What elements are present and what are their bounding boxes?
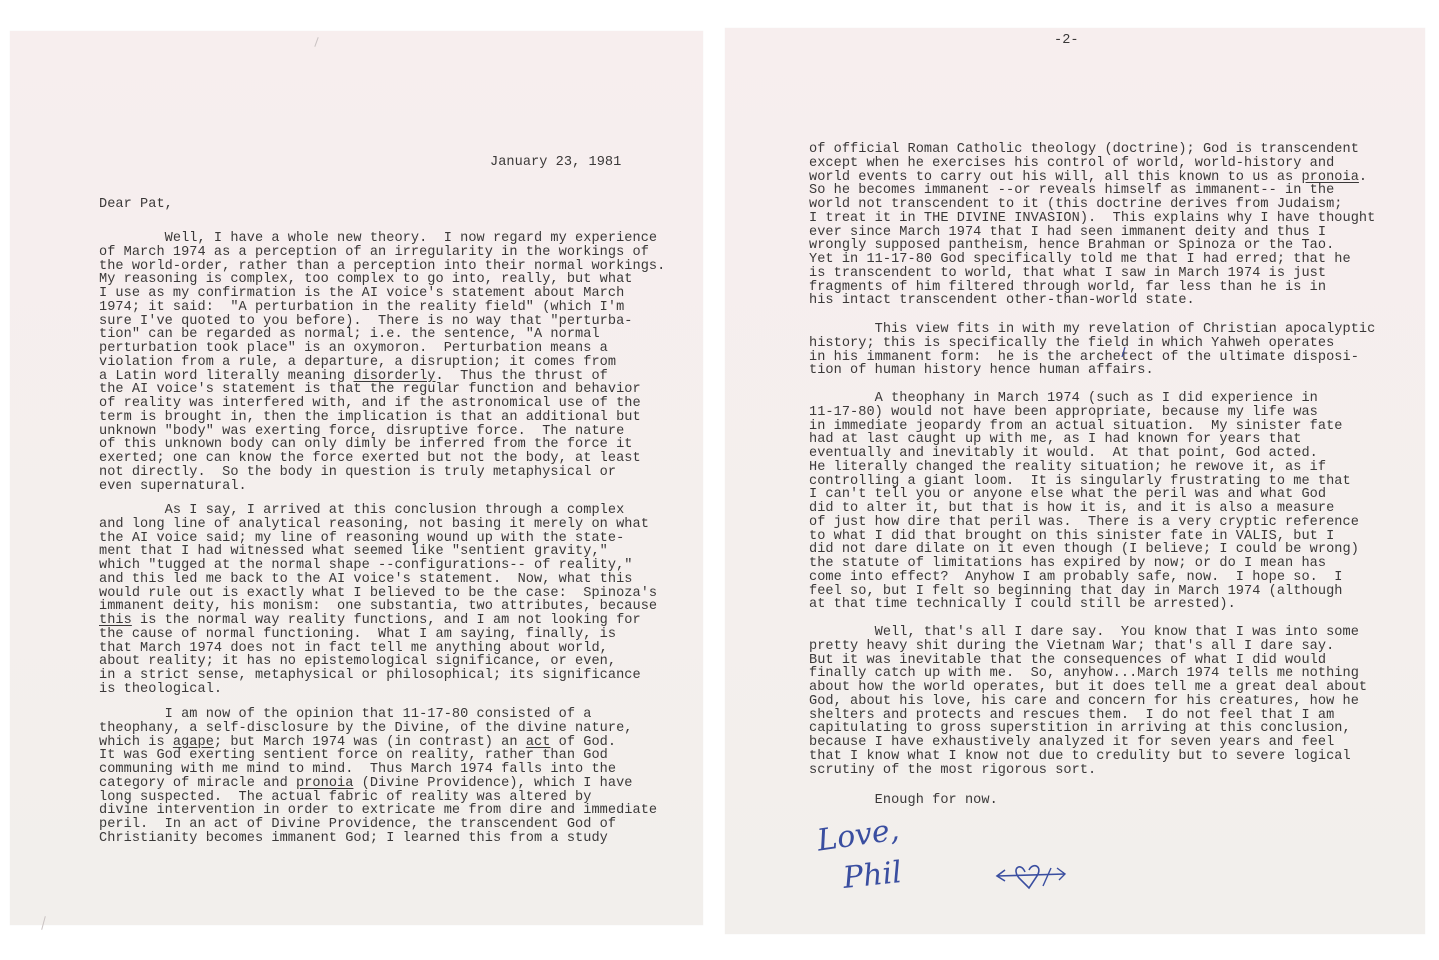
- text-line: scrutiny of the most rigorous sort.: [809, 764, 1367, 778]
- text-line: perturbation took place" is an oxymoron.…: [99, 342, 665, 356]
- ink-correction-mark: [1120, 346, 1128, 358]
- text-line: of just how dire that peril was. There i…: [809, 516, 1359, 530]
- text-line: He literally changed the reality situati…: [809, 461, 1359, 475]
- paragraph-block: This view fits in with my revelation of …: [809, 323, 1375, 378]
- paragraph-block: A theophany in March 1974 (such as I did…: [809, 392, 1359, 612]
- text-line: capitulating to gross superstition in ar…: [809, 722, 1367, 736]
- text-line: his intact transcendent other-than-world…: [809, 294, 1375, 308]
- text-line: immanent deity, his monism: one substant…: [99, 600, 657, 614]
- text-line: is theological.: [99, 683, 657, 697]
- text-line: come into effect? Anyhow I am probably s…: [809, 571, 1359, 585]
- text-line: of March 1974 as a perception of an irre…: [99, 246, 665, 260]
- text-line: 11-17-80) would not have been appropriat…: [809, 406, 1359, 420]
- text-line: world not transcendent to it (this doctr…: [809, 198, 1375, 212]
- text-line: ever since March 1974 that I had seen im…: [809, 226, 1375, 240]
- text-line: As I say, I arrived at this conclusion t…: [99, 504, 657, 518]
- text-line: and long line of analytical reasoning, n…: [99, 518, 657, 532]
- letter-page-2: -2- of official Roman Catholic theology …: [725, 28, 1425, 934]
- text-line: in his immanent form: he is the archetec…: [809, 351, 1375, 365]
- text-line: about reality; it has no epistemological…: [99, 655, 657, 669]
- text-line: A theophany in March 1974 (such as I did…: [809, 392, 1359, 406]
- text-line: that I know what I know not due to credu…: [809, 750, 1367, 764]
- text-line: controlling a giant loom. It is singular…: [809, 475, 1359, 489]
- text-line: ment that I had witnessed what seemed li…: [99, 545, 657, 559]
- text-line: Well, I have a whole new theory. I now r…: [99, 232, 665, 246]
- text-line: had at last caught up with me, as I had …: [809, 433, 1359, 447]
- text-line: long suspected. The actual fabric of rea…: [99, 791, 657, 805]
- text-line: tion of human history hence human affair…: [809, 364, 1375, 378]
- text-line: feel so, but I felt so beginning that da…: [809, 585, 1359, 599]
- underlined-word: pronoia: [1301, 170, 1358, 185]
- text-line: which "tugged at the normal shape --conf…: [99, 559, 657, 573]
- text-line: pretty heavy shit during the Vietnam War…: [809, 640, 1367, 654]
- text-line: which is agape; but March 1974 was (in c…: [99, 736, 657, 750]
- paragraph-block: Enough for now.: [809, 794, 998, 808]
- text-line: I am now of the opinion that 11-17-80 co…: [99, 708, 657, 722]
- text-line: this is the normal way reality functions…: [99, 614, 657, 628]
- text-line: even supernatural.: [99, 480, 665, 494]
- text-line: of this unknown body can only dimly be i…: [99, 438, 665, 452]
- text-line: to what I did that brought on this sinis…: [809, 530, 1359, 544]
- underlined-word: pronoia: [296, 776, 353, 791]
- text-line: divine intervention in order to extricat…: [99, 804, 657, 818]
- text-line: communing with me mind to mind. Thus Mar…: [99, 763, 657, 777]
- text-line: unknown "body" was exerting force, disru…: [99, 425, 665, 439]
- text-line: shelters and protects and rescues them. …: [809, 709, 1367, 723]
- text-line: Yet in 11-17-80 God specifically told me…: [809, 253, 1375, 267]
- salutation: Dear Pat,: [99, 198, 173, 212]
- text-line: history; this is specifically the field …: [809, 337, 1375, 351]
- text-line: Enough for now.: [809, 794, 998, 808]
- underlined-word: act: [526, 735, 551, 750]
- signature-name: Phil: [841, 855, 903, 896]
- text-line: I treat it in THE DIVINE INVASION). This…: [809, 212, 1375, 226]
- text-line: exerted; one can know the force exerted …: [99, 452, 665, 466]
- text-line: I use as my confirmation is the AI voice…: [99, 287, 665, 301]
- text-line: wrongly supposed pantheism, hence Brahma…: [809, 239, 1375, 253]
- text-line: that March 1974 does not in fact tell me…: [99, 642, 657, 656]
- text-line: eventually and inevitably it would. At t…: [809, 447, 1359, 461]
- text-line: finally catch up with me. So, anyhow...M…: [809, 667, 1367, 681]
- text-line: of official Roman Catholic theology (doc…: [809, 143, 1375, 157]
- text-line: the world-order, rather than a perceptio…: [99, 260, 665, 274]
- text-line: is transcendent to world, that what I sa…: [809, 267, 1375, 281]
- underlined-word: this: [99, 613, 132, 628]
- signature-closing: Love,: [815, 812, 901, 858]
- text-line: But it was inevitable that the consequen…: [809, 654, 1367, 668]
- text-line: did not dare dilate on it even though (I…: [809, 543, 1359, 557]
- text-line: fragments of him filtered through world,…: [809, 281, 1375, 295]
- text-line: category of miracle and pronoia (Divine …: [99, 777, 657, 791]
- paragraph-block: As I say, I arrived at this conclusion t…: [99, 504, 657, 697]
- letter-page-1: January 23, 1981 Dear Pat, Well, I have …: [10, 31, 703, 925]
- text-line: 1974; it said: "A perturbation in the re…: [99, 301, 665, 315]
- paragraph-block: Well, I have a whole new theory. I now r…: [99, 232, 665, 493]
- text-line: about how the world operates, but it doe…: [809, 681, 1367, 695]
- underlined-word: agape: [173, 735, 214, 750]
- text-line: except when he exercises his control of …: [809, 157, 1375, 171]
- text-line: would rule out is exactly what I believe…: [99, 587, 657, 601]
- paragraph-block: I am now of the opinion that 11-17-80 co…: [99, 708, 657, 846]
- heart-arrow-doodle-icon: [995, 858, 1075, 898]
- text-line: I can't tell you or anyone else what the…: [809, 488, 1359, 502]
- text-line: My reasoning is complex, too complex to …: [99, 273, 665, 287]
- text-line: peril. In an act of Divine Providence, t…: [99, 818, 657, 832]
- text-line: Well, that's all I dare say. You know th…: [809, 626, 1367, 640]
- text-line: It was God exerting sentient force on re…: [99, 749, 657, 763]
- text-line: So he becomes immanent --or reveals hims…: [809, 184, 1375, 198]
- text-line: because I have exhaustively analyzed it …: [809, 736, 1367, 750]
- text-line: the statute of limitations has expired b…: [809, 557, 1359, 571]
- underlined-word: disorderly: [353, 369, 435, 384]
- text-line: Christianity becomes immanent God; I lea…: [99, 832, 657, 846]
- text-line: in a strict sense, metaphysical or philo…: [99, 669, 657, 683]
- text-line: the AI voice's statement is that the reg…: [99, 383, 665, 397]
- text-line: sure I've quoted to you before). There i…: [99, 315, 665, 329]
- page-number: -2-: [1054, 34, 1079, 48]
- text-line: violation from a rule, a departure, a di…: [99, 356, 665, 370]
- text-line: tion" can be regarded as normal; i.e. th…: [99, 328, 665, 342]
- text-line: theophany, a self-disclosure by the Divi…: [99, 722, 657, 736]
- text-line: of reality was interfered with, and if t…: [99, 397, 665, 411]
- text-line: This view fits in with my revelation of …: [809, 323, 1375, 337]
- text-line: and this led me back to the AI voice's s…: [99, 573, 657, 587]
- text-line: the AI voice said; my line of reasoning …: [99, 532, 657, 546]
- text-line: the cause of normal functioning. What I …: [99, 628, 657, 642]
- text-line: God, about his love, his care and concer…: [809, 695, 1367, 709]
- text-line: term is brought in, then the implication…: [99, 411, 665, 425]
- text-line: at that time technically I could still b…: [809, 598, 1359, 612]
- pencil-mark: [41, 916, 46, 930]
- paragraph-block: of official Roman Catholic theology (doc…: [809, 143, 1375, 308]
- text-line: world events to carry out his will, all …: [809, 171, 1375, 185]
- letter-date: January 23, 1981: [490, 156, 621, 170]
- text-line: did to alter it, but that is how it is, …: [809, 502, 1359, 516]
- paragraph-block: Well, that's all I dare say. You know th…: [809, 626, 1367, 777]
- text-line: a Latin word literally meaning disorderl…: [99, 370, 665, 384]
- pencil-mark: [314, 37, 318, 47]
- text-line: in immediate jeopardy from an actual sit…: [809, 420, 1359, 434]
- text-line: not directly. So the body in question is…: [99, 466, 665, 480]
